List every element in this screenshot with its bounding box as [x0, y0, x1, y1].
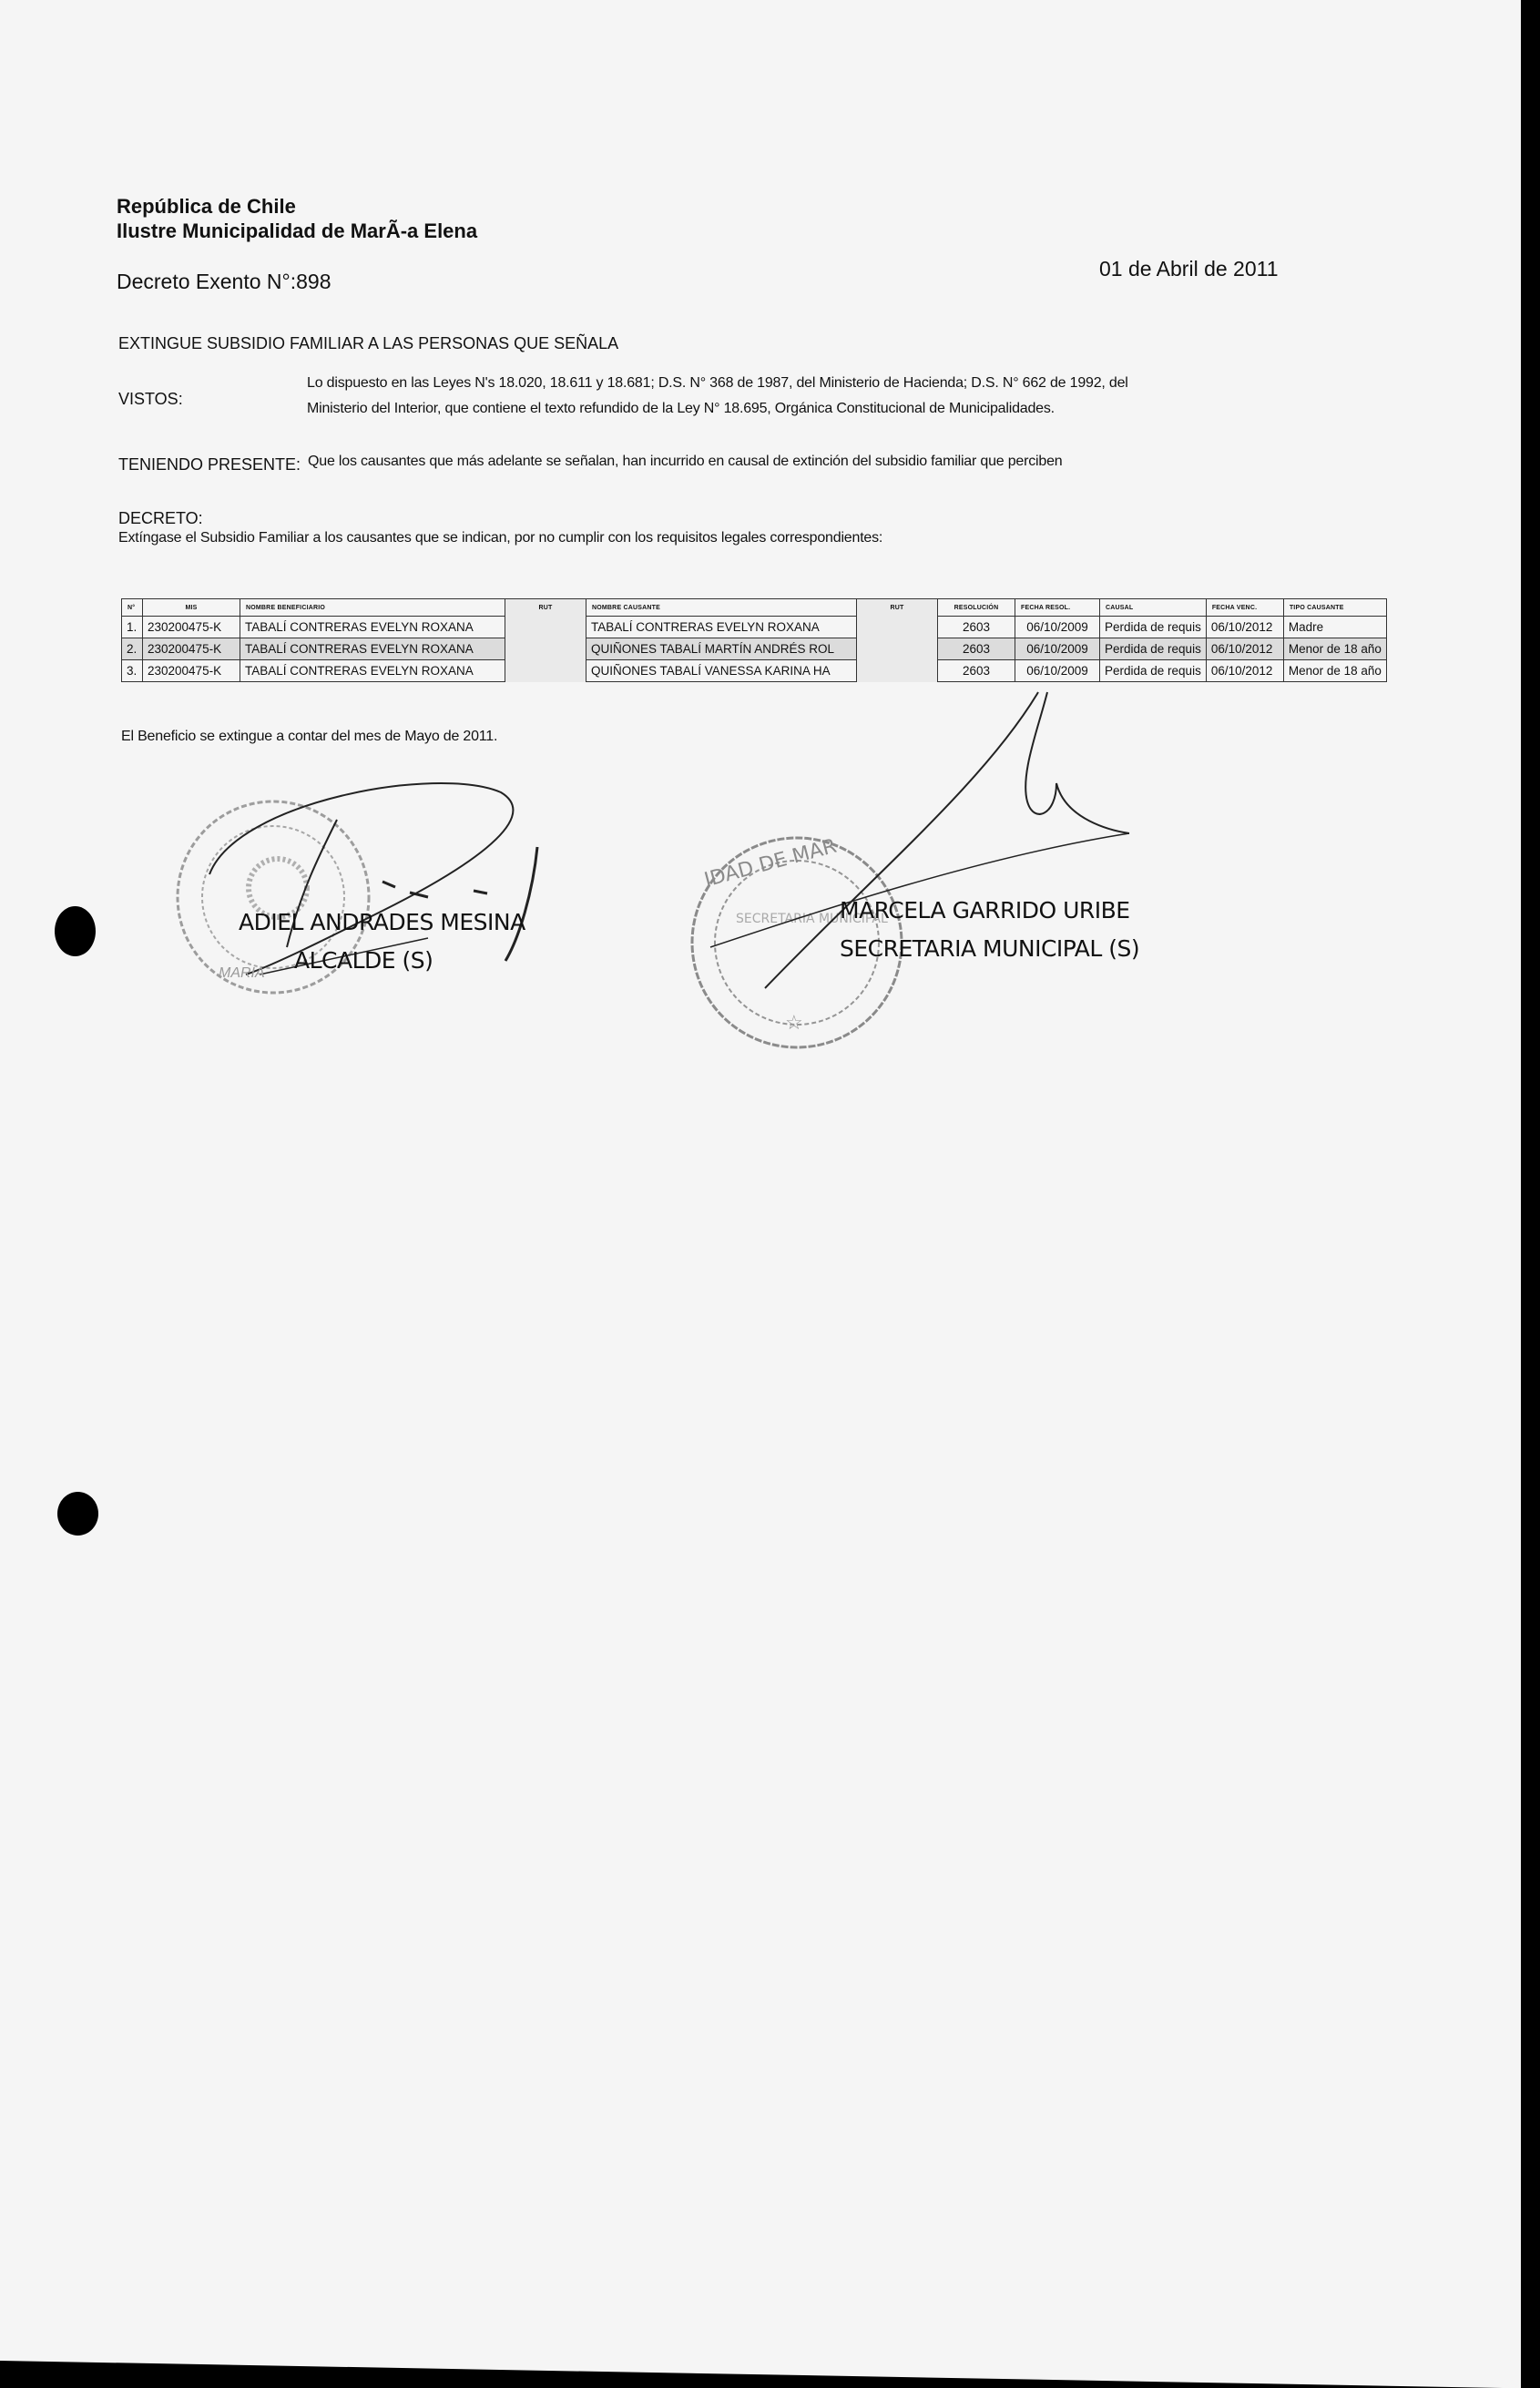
punch-hole-icon: [55, 906, 96, 956]
svg-text:IDAD DE MAR: IDAD DE MAR: [702, 835, 840, 893]
punch-hole-icon: [57, 1492, 98, 1536]
svg-text:☆: ☆: [785, 1011, 803, 1034]
mayor-name: ADIEL ANDRADES MESINA: [239, 909, 525, 935]
mayor-signature-icon: [209, 783, 537, 975]
secretary-title: SECRETARIA MUNICIPAL (S): [840, 935, 1139, 962]
signature-overlay: IDAD DE MAR SECRETARIA MUNICIPAL ☆: [0, 0, 1521, 1093]
scanned-document-page: República de Chile Ilustre Municipalidad…: [0, 0, 1521, 2388]
mayor-stamp-text: MARIA: [219, 965, 265, 982]
mayor-title: ALCALDE (S): [294, 947, 433, 974]
secretary-name: MARCELA GARRIDO URIBE: [840, 897, 1130, 924]
